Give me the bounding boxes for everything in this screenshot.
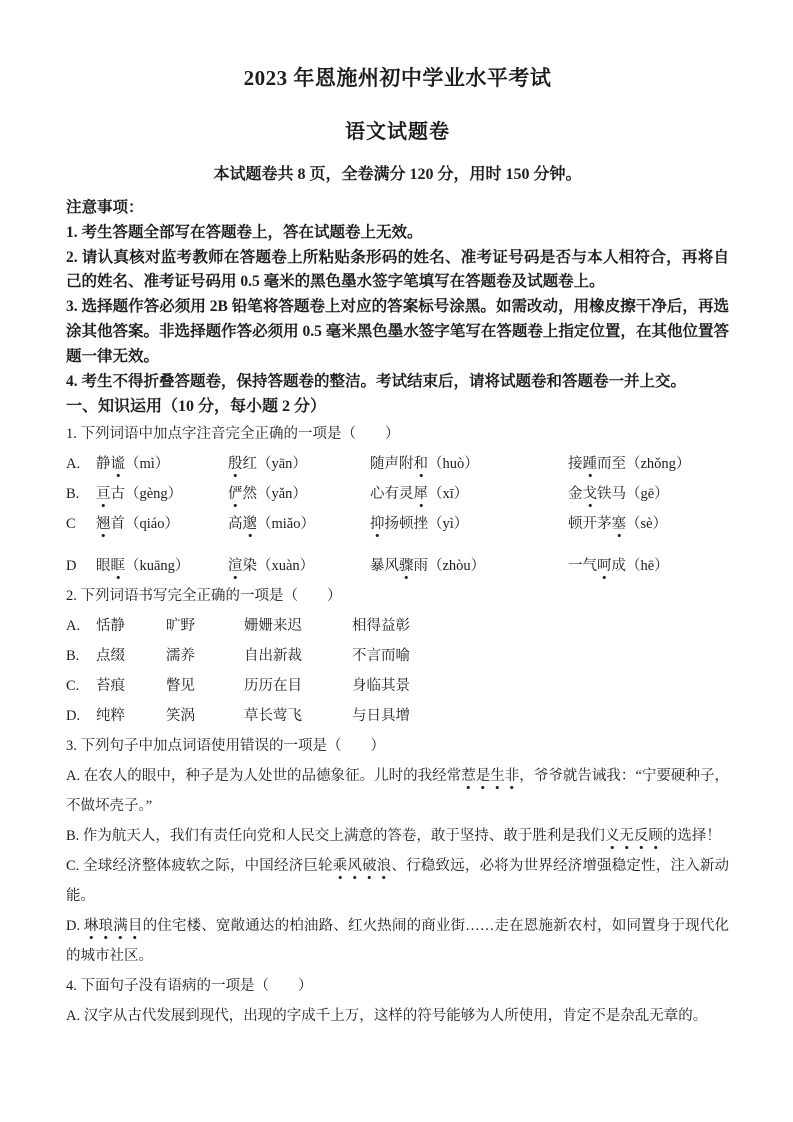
word-emphasized: 眶	[111, 558, 126, 580]
word-post: 古（gèng）	[111, 486, 183, 502]
word-post: （sè）	[626, 516, 667, 532]
word-emphasized: 渲	[228, 558, 243, 580]
notice-item-4: 4. 考生不得折叠答题卷，保持答题卷的整洁。考试结束后，请将试题卷和答题卷一并上…	[66, 370, 729, 395]
word-post: 扬顿挫（yì）	[385, 516, 469, 532]
word-emphasized: 亘	[96, 486, 111, 508]
notice-item-2: 2. 请认真核对监考教师在答题卷上所粘贴条形码的姓名、准考证号码是否与本人相符合…	[66, 246, 729, 296]
word-post: 红（yān）	[243, 456, 307, 472]
word-item: 相得益彰	[352, 611, 729, 641]
notice-section: 注意事项： 1. 考生答题全部写在答题卷上，答在试题卷上无效。 2. 请认真核对…	[66, 196, 729, 419]
q3-option-d: D. 琳琅满目的住宅楼、宽敞通达的柏油路、红火热闹的商业街……走在恩施新农村，如…	[66, 911, 729, 971]
opt-pre: A. 在农人的眼中，种子是为人处世的品德象征。儿时的我经常	[66, 768, 461, 784]
word-emphasized: 翘	[96, 516, 111, 538]
word-post: 染（xuàn）	[243, 558, 315, 574]
word-item: 静谧（mì）	[96, 449, 228, 479]
word-pre: 接	[568, 456, 583, 472]
word-item: 抑扬顿挫（yì）	[370, 509, 568, 539]
word-post: 而至（zhǒng）	[597, 456, 690, 472]
opt-emphasized: 义无反顾	[605, 828, 663, 850]
opt-pre: C. 全球经济整体疲软之际，中国经济巨轮	[66, 858, 333, 874]
word-item: 瞥见	[166, 671, 244, 701]
word-item: 草长莺飞	[244, 701, 352, 731]
page-title: 2023 年恩施州初中学业水平考试	[66, 62, 729, 92]
paper-subtitle: 语文试题卷	[66, 115, 729, 144]
option-label: C	[66, 509, 96, 539]
word-pre: 心有灵	[370, 486, 414, 502]
word-item: 殷红（yān）	[228, 449, 370, 479]
q3-option-b: B. 作为航天人，我们有责任向党和人民交上满意的答卷，敢于坚持、敢于胜利是我们义…	[66, 821, 729, 851]
q1-option-row-b: B. 亘古（gèng） 俨然（yǎn） 心有灵犀（xī） 金戈铁马（gē）	[66, 479, 729, 509]
option-label: D.	[66, 701, 96, 731]
exam-info-line: 本试题卷共 8 页，全卷满分 120 分，用时 150 分钟。	[66, 161, 729, 184]
q2-option-row-d: D. 纯粹 笑涡 草长莺飞 与日具增	[66, 701, 729, 731]
opt-post: 的选择！	[663, 828, 721, 844]
word-item: 恬静	[96, 611, 166, 641]
word-item: 随声附和（huò）	[370, 449, 568, 479]
word-post: （mì）	[125, 456, 169, 472]
word-item: 眼眶（kuāng）	[96, 551, 228, 581]
word-item: 点缀	[96, 641, 166, 671]
q1-option-row-d: D 眼眶（kuāng） 渲染（xuàn） 暴风骤雨（zhòu） 一气呵成（hē）	[66, 551, 729, 581]
word-item: 俨然（yǎn）	[228, 479, 370, 509]
notice-item-3: 3. 选择题作答必须用 2B 铅笔将答题卷上对应的答案标号涂黑。如需改动，用橡皮…	[66, 295, 729, 369]
word-item: 姗姗来迟	[244, 611, 352, 641]
word-item: 心有灵犀（xī）	[370, 479, 568, 509]
word-pre: 眼	[96, 558, 111, 574]
opt-emphasized: 琳琅满目	[84, 918, 143, 940]
word-item: 渲染（xuàn）	[228, 551, 370, 581]
word-emphasized: 骤	[399, 558, 414, 580]
word-emphasized: 抑	[370, 516, 385, 538]
word-emphasized: 呵	[597, 558, 612, 580]
word-item: 历历在目	[244, 671, 352, 701]
word-item: 一气呵成（hē）	[568, 551, 729, 581]
word-pre: 随声附	[370, 456, 414, 472]
word-item: 苔痕	[96, 671, 166, 701]
word-emphasized: 塞	[612, 516, 627, 538]
q1-option-row-c: C 翘首（qiáo） 高邈（miǎo） 抑扬顿挫（yì） 顿开茅塞（sè）	[66, 509, 729, 539]
word-item: 自出新裁	[244, 641, 352, 671]
word-post: 首（qiáo）	[111, 516, 179, 532]
word-pre: 高	[228, 516, 243, 532]
option-label: B.	[66, 479, 96, 509]
word-pre: 暴风	[370, 558, 399, 574]
notice-heading: 注意事项：	[66, 196, 729, 221]
q1-option-row-a: A. 静谧（mì） 殷红（yān） 随声附和（huò） 接踵而至（zhǒng）	[66, 449, 729, 479]
word-item: 高邈（miǎo）	[228, 509, 370, 539]
word-pre: 静	[96, 456, 111, 472]
word-pre: 金	[568, 486, 583, 502]
q3-option-a: A. 在农人的眼中，种子是为人处世的品德象征。儿时的我经常惹是生非，爷爷就告诫我…	[66, 761, 729, 821]
question-2-stem: 2. 下列词语书写完全正确的一项是（ ）	[66, 581, 729, 611]
exam-paper-page: 2023 年恩施州初中学业水平考试 语文试题卷 本试题卷共 8 页，全卷满分 1…	[0, 0, 793, 1122]
word-item: 暴风骤雨（zhòu）	[370, 551, 568, 581]
word-post: （xī）	[428, 486, 468, 502]
word-item: 纯粹	[96, 701, 166, 731]
word-item: 顿开茅塞（sè）	[568, 509, 729, 539]
word-post: （huò）	[428, 456, 479, 472]
word-item: 翘首（qiáo）	[96, 509, 228, 539]
option-label: D	[66, 551, 96, 581]
word-emphasized: 谧	[111, 456, 126, 478]
word-item: 身临其景	[352, 671, 729, 701]
word-emphasized: 俨	[228, 486, 243, 508]
word-item: 旷野	[166, 611, 244, 641]
word-item: 金戈铁马（gē）	[568, 479, 729, 509]
word-item: 不言而喻	[352, 641, 729, 671]
opt-pre: D.	[66, 918, 84, 934]
word-post: 铁马（gē）	[597, 486, 669, 502]
word-emphasized: 犀	[414, 486, 429, 508]
option-label: B.	[66, 641, 96, 671]
q2-option-row-c: C. 苔痕 瞥见 历历在目 身临其景	[66, 671, 729, 701]
word-emphasized: 踵	[583, 456, 598, 478]
option-label: C.	[66, 671, 96, 701]
word-emphasized: 和	[414, 456, 429, 478]
word-pre: 一气	[568, 558, 597, 574]
opt-emphasized: 惹是生非	[461, 768, 519, 790]
word-item: 濡养	[166, 641, 244, 671]
question-4-stem: 4. 下面句子没有语病的一项是（ ）	[66, 971, 729, 1001]
q4-option-a: A. 汉字从古代发展到现代，出现的字成千上万，这样的符号能够为人所使用，肯定不是…	[66, 1001, 729, 1031]
word-post: 然（yǎn）	[243, 486, 307, 502]
word-item: 亘古（gèng）	[96, 479, 228, 509]
opt-pre: B. 作为航天人，我们有责任向党和人民交上满意的答卷，敢于坚持、敢于胜利是我们	[66, 828, 605, 844]
word-post: （kuāng）	[125, 558, 189, 574]
word-item: 笑涡	[166, 701, 244, 731]
word-pre: 顿开茅	[568, 516, 612, 532]
word-post: 雨（zhòu）	[414, 558, 486, 574]
question-3-stem: 3. 下列句子中加点词语使用错误的一项是（ ）	[66, 731, 729, 761]
word-item: 与日具增	[352, 701, 729, 731]
option-label: A.	[66, 449, 96, 479]
opt-emphasized: 乘风破浪	[333, 858, 392, 880]
word-emphasized: 戈	[583, 486, 598, 508]
q2-option-row-a: A. 恬静 旷野 姗姗来迟 相得益彰	[66, 611, 729, 641]
word-post: （miǎo）	[257, 516, 315, 532]
question-1-stem: 1. 下列词语中加点字注音完全正确的一项是（ ）	[66, 419, 729, 449]
q3-option-c: C. 全球经济整体疲软之际，中国经济巨轮乘风破浪、行稳致远，必将为世界经济增强稳…	[66, 851, 729, 911]
option-label: A.	[66, 611, 96, 641]
word-post: 成（hē）	[612, 558, 669, 574]
questions-area: 1. 下列词语中加点字注音完全正确的一项是（ ） A. 静谧（mì） 殷红（yā…	[66, 419, 729, 1031]
q2-option-row-b: B. 点缀 濡养 自出新裁 不言而喻	[66, 641, 729, 671]
opt-post: 的住宅楼、宽敞通达的柏油路、红火热闹的商业街……走在恩施新农村，如同置身于现代化…	[66, 918, 729, 964]
word-emphasized: 殷	[228, 456, 243, 478]
word-emphasized: 邈	[243, 516, 258, 538]
notice-item-1: 1. 考生答题全部写在答题卷上，答在试题卷上无效。	[66, 221, 729, 246]
word-item: 接踵而至（zhǒng）	[568, 449, 729, 479]
section-heading: 一、知识运用（10 分，每小题 2 分）	[66, 394, 729, 419]
